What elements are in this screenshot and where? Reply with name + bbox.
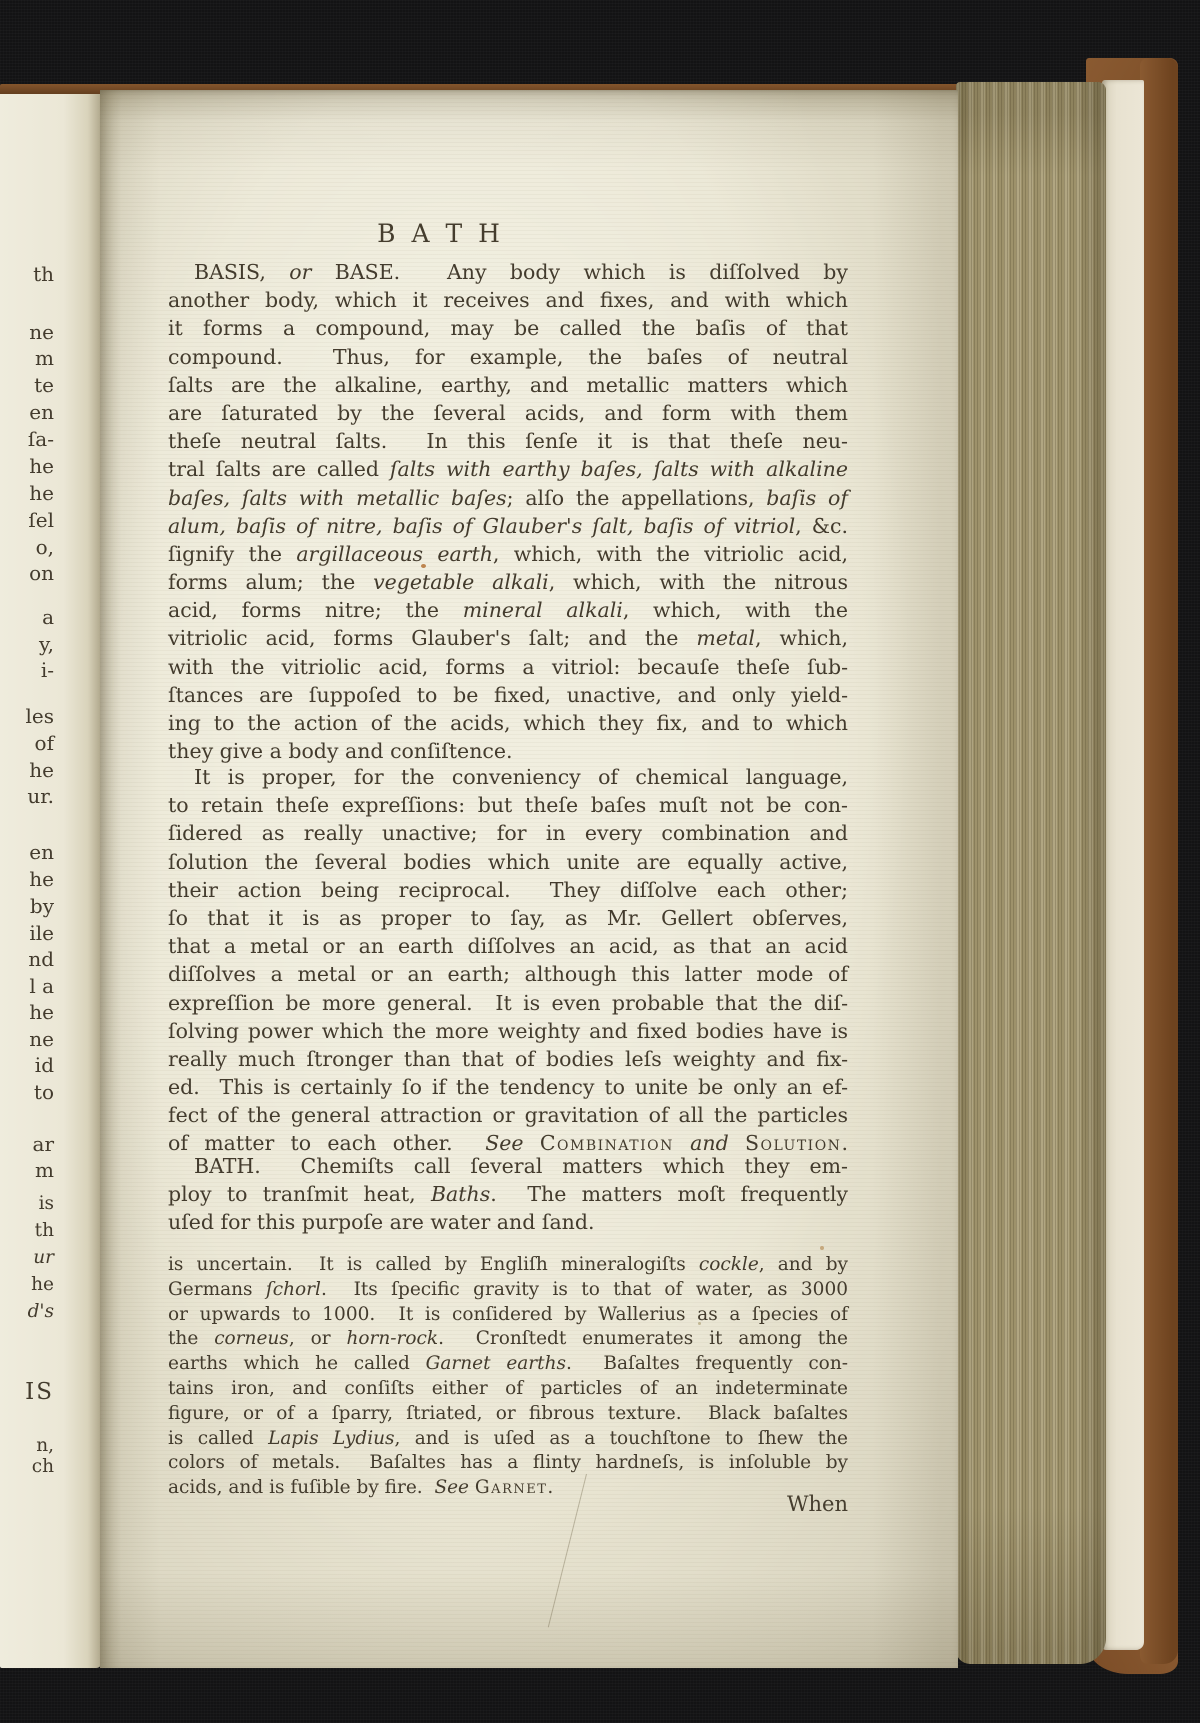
left-page-text-fragment: en bbox=[29, 840, 54, 864]
basaltes-continuation-para-line-8: is called Lapis Lydius, and is uſed as a… bbox=[168, 1427, 848, 1452]
left-page-text-fragment: nd bbox=[28, 947, 54, 971]
basis-entry-para-2-line-8: diſſolves a metal or an earth; although … bbox=[168, 960, 848, 988]
left-page-text-fragment: id bbox=[35, 1053, 54, 1077]
left-page-text-fragment: he bbox=[29, 1000, 54, 1024]
basis-entry-para-1-line-2: another body, which it receives and fixe… bbox=[168, 286, 848, 314]
left-page-text-fragment: he bbox=[29, 454, 54, 478]
basis-entry-para-1-line-16: ſtances are ſuppoſed to be fixed, unacti… bbox=[168, 681, 848, 709]
basaltes-continuation-para-line-10: acids, and is fuſible by fire. See Garne… bbox=[168, 1476, 848, 1501]
basis-entry-para-1-line-13: acid, forms nitre; the mineral alkali, w… bbox=[168, 596, 848, 624]
left-page-text-fragment: ur bbox=[33, 1246, 54, 1270]
left-page-text-fragment: ſel bbox=[28, 508, 54, 532]
left-page-text-fragment: on bbox=[29, 561, 54, 585]
left-page-text-fragment: o, bbox=[36, 535, 54, 559]
basaltes-continuation-para-line-1: is uncertain. It is called by Engliſh mi… bbox=[168, 1253, 848, 1278]
basis-entry-para-1-line-18: they give a body and conſiſtence. bbox=[168, 737, 848, 765]
left-page-text-fragment: d's bbox=[28, 1300, 54, 1324]
basis-entry-para-1-line-3: it forms a compound, may be called the b… bbox=[168, 314, 848, 342]
basis-entry-para-1-line-10: alum, baſis of nitre, baſis of Glauber's… bbox=[168, 512, 848, 540]
left-page-text-fragment: he bbox=[29, 758, 54, 782]
basis-entry-para-1-line-9: baſes, ſalts with metallic baſes; alſo t… bbox=[168, 484, 848, 512]
left-page-text-fragment: ne bbox=[29, 320, 54, 344]
bath-entry-para-line-2: ploy to tranſmit heat, Baths. The matter… bbox=[168, 1180, 848, 1208]
basis-entry-para-1-line-6: are ſaturated by the ſeveral acids, and … bbox=[168, 399, 848, 427]
basis-entry-para-2-line-12: ed. This is certainly ſo if the tendency… bbox=[168, 1073, 848, 1101]
basis-entry-para-2-line-9: expreſſion be more general. It is even p… bbox=[168, 989, 848, 1017]
basaltes-continuation-para-line-5: earths which he called Garnet earths. Ba… bbox=[168, 1352, 848, 1377]
basaltes-continuation-para-line-7: figure, or of a ſparry, ſtriated, or fib… bbox=[168, 1402, 848, 1427]
left-page-text-fragment: ch bbox=[32, 1455, 54, 1479]
left-page-text-fragment: he bbox=[29, 867, 54, 891]
basaltes-continuation-para-line-9: colors of metals. Baſaltes has a flinty … bbox=[168, 1451, 848, 1476]
basaltes-continuation-para-line-4: the corneus, or horn-rock. Cronſtedt enu… bbox=[168, 1327, 848, 1352]
basis-entry-para-1-line-14: vitriolic acid, forms Glauber's ſalt; an… bbox=[168, 624, 848, 652]
left-page-text-fragment: th bbox=[33, 262, 54, 286]
left-page-text-fragment: m bbox=[35, 1158, 54, 1182]
left-page-text-fragment: ile bbox=[29, 921, 54, 945]
basis-entry-para-2-line-7: that a metal or an earth diſſolves an ac… bbox=[168, 932, 848, 960]
basis-entry-para-2: It is proper, for the conveniency of che… bbox=[168, 763, 848, 1158]
fore-edge-pages bbox=[956, 82, 1106, 1664]
basis-entry-para-2-line-1: It is proper, for the conveniency of che… bbox=[168, 763, 848, 791]
bath-entry-para-line-3: uſed for this purpoſe are water and ſand… bbox=[168, 1208, 848, 1236]
bath-entry-para: BATH. Chemiſts call ſeveral matters whic… bbox=[168, 1152, 848, 1237]
left-page-text-fragment: les bbox=[26, 704, 55, 728]
left-page-text-fragment: ſa- bbox=[28, 427, 54, 451]
book-cover-right-edge bbox=[1140, 58, 1178, 1664]
basaltes-continuation-para-line-2: Germans ſchorl. Its ſpecific gravity is … bbox=[168, 1278, 848, 1303]
left-page-text-fragment: he bbox=[29, 481, 54, 505]
left-page-text-fragment: ne bbox=[29, 1027, 54, 1051]
endpaper-edge bbox=[1102, 80, 1144, 1650]
left-page-text-fragment: i- bbox=[41, 658, 54, 682]
left-page-text-fragment: is bbox=[39, 1192, 54, 1216]
basis-entry-para-1-line-8: tral ſalts are called ſalts with earthy … bbox=[168, 455, 848, 483]
left-page-text-fragment: of bbox=[35, 731, 54, 755]
basis-entry-para-2-line-10: ſolving power which the more weighty and… bbox=[168, 1017, 848, 1045]
left-page-text-fragment: en bbox=[29, 400, 54, 424]
left-page-text-fragment: ar bbox=[33, 1132, 54, 1156]
basis-entry-para-1-line-12: forms alum; the vegetable alkali, which,… bbox=[168, 568, 848, 596]
left-page-text-fragment: he bbox=[31, 1273, 54, 1297]
basis-entry-para-1-line-17: ing to the action of the acids, which th… bbox=[168, 709, 848, 737]
left-page-text-fragment: to bbox=[34, 1080, 54, 1104]
text-column: B A T H When BASIS, or BASE. Any body wh… bbox=[168, 0, 848, 1723]
left-page-text-fragment: a bbox=[42, 605, 54, 629]
basis-entry-para-2-line-13: fect of the general attraction or gravit… bbox=[168, 1101, 848, 1129]
bath-entry-para-line-1: BATH. Chemiſts call ſeveral matters whic… bbox=[168, 1152, 848, 1180]
basis-entry-para-2-line-4: ſolution the ſeveral bodies which unite … bbox=[168, 848, 848, 876]
running-head: B A T H bbox=[168, 219, 713, 248]
left-page-text-fragment: te bbox=[34, 373, 54, 397]
basis-entry-para-2-line-3: ſidered as really unactive; for in every… bbox=[168, 819, 848, 847]
basis-entry-para-2-line-5: their action being reciprocal. They diſſ… bbox=[168, 876, 848, 904]
left-page-text-fragment: l a bbox=[29, 974, 54, 998]
left-page-text-fragment: by bbox=[30, 894, 54, 918]
basaltes-continuation-para: is uncertain. It is called by Engliſh mi… bbox=[168, 1253, 848, 1501]
photo-background: { "palette": { "background": "#131314", … bbox=[0, 0, 1200, 1723]
basis-entry-para-2-line-2: to retain theſe expreſſions: but theſe b… bbox=[168, 791, 848, 819]
left-page-text-fragment: IS bbox=[25, 1380, 54, 1404]
basis-entry-para-1-line-4: compound. Thus, for example, the baſes o… bbox=[168, 343, 848, 371]
left-page-fragments: thnemteenſa-heheſelo,onay,i-lesofheur.en… bbox=[0, 0, 58, 1723]
basaltes-continuation-para-line-6: tains iron, and conſiſts either of parti… bbox=[168, 1377, 848, 1402]
left-page-text-fragment: y, bbox=[39, 632, 54, 656]
left-page-text-fragment: ur. bbox=[27, 784, 54, 808]
basaltes-continuation-para-line-3: or upwards to 1000. It is conſidered by … bbox=[168, 1303, 848, 1328]
basis-entry-para-2-line-6: ſo that it is as proper to ſay, as Mr. G… bbox=[168, 904, 848, 932]
basis-entry-para-2-line-11: really much ſtronger than that of bodies… bbox=[168, 1045, 848, 1073]
basis-entry-para-1: BASIS, or BASE. Any body which is diſſol… bbox=[168, 258, 848, 765]
basis-entry-para-1-line-5: ſalts are the alkaline, earthy, and meta… bbox=[168, 371, 848, 399]
left-page-text-fragment: m bbox=[35, 346, 54, 370]
basis-entry-para-1-line-1: BASIS, or BASE. Any body which is diſſol… bbox=[168, 258, 848, 286]
basis-entry-para-1-line-11: ſignify the argillaceous earth, which, w… bbox=[168, 540, 848, 568]
basis-entry-para-1-line-7: theſe neutral ſalts. In this ſenſe it is… bbox=[168, 427, 848, 455]
left-page-text-fragment: th bbox=[35, 1219, 54, 1243]
basis-entry-para-1-line-15: with the vitriolic acid, forms a vitriol… bbox=[168, 653, 848, 681]
